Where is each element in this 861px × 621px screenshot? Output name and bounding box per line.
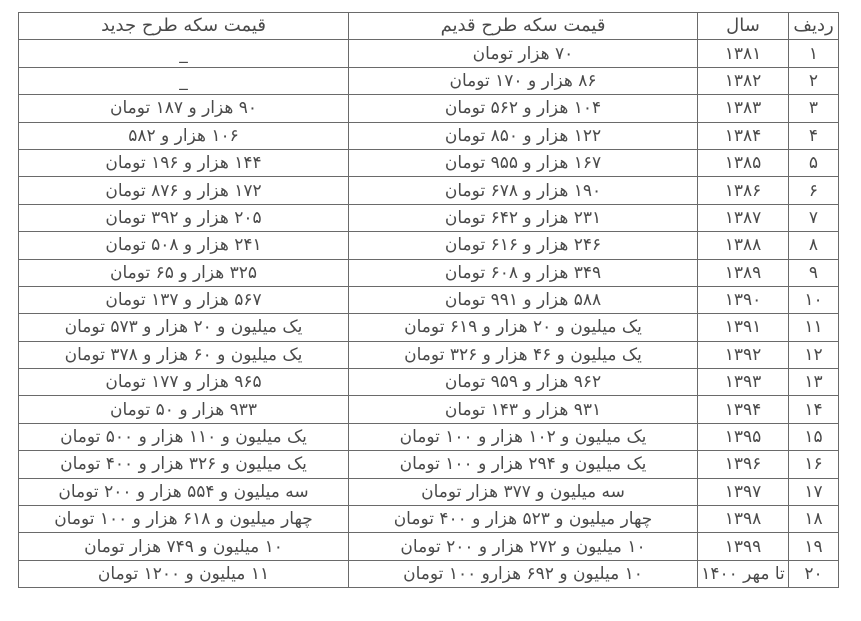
cell-year: ۱۳۸۵: [698, 149, 789, 176]
cell-new-price: ۱۰۶ هزار و ۵۸۲: [19, 122, 349, 149]
header-new-price: قیمت سکه طرح جدید: [19, 13, 349, 40]
cell-new-price: یک میلیون و ۳۲۶ هزار و ۴۰۰ تومان: [19, 451, 349, 478]
cell-year: ۱۳۹۰: [698, 286, 789, 313]
cell-new-price: ۹۳۳ هزار و ۵۰ تومان: [19, 396, 349, 423]
cell-new-price: یک میلیون و ۱۱۰ هزار و ۵۰۰ تومان: [19, 423, 349, 450]
cell-old-price: ۳۴۹ هزار و ۶۰۸ تومان: [349, 259, 698, 286]
cell-index: ۶: [789, 177, 839, 204]
cell-new-price: ۱۰ میلیون و ۷۴۹ هزار تومان: [19, 533, 349, 560]
cell-year: ۱۳۹۳: [698, 369, 789, 396]
cell-new-price: ۳۲۵ هزار و ۶۵ تومان: [19, 259, 349, 286]
table-row: ۱۰۱۳۹۰۵۸۸ هزار و ۹۹۱ تومان۵۶۷ هزار و ۱۳۷…: [19, 286, 839, 313]
cell-new-price: سه میلیون و ۵۵۴ هزار و ۲۰۰ تومان: [19, 478, 349, 505]
cell-index: ۱۵: [789, 423, 839, 450]
cell-old-price: ۹۶۲ هزار و ۹۵۹ تومان: [349, 369, 698, 396]
cell-index: ۱۷: [789, 478, 839, 505]
cell-old-price: یک میلیون و ۱۰۲ هزار و ۱۰۰ تومان: [349, 423, 698, 450]
table-row: ۱۶۱۳۹۶یک میلیون و ۲۹۴ هزار و ۱۰۰ تومانیک…: [19, 451, 839, 478]
coin-price-table-container: ردیف سال قیمت سکه طرح قدیم قیمت سکه طرح …: [18, 12, 839, 588]
cell-index: ۴: [789, 122, 839, 149]
cell-old-price: ۸۶ هزار و ۱۷۰ تومان: [349, 67, 698, 94]
cell-year: ۱۳۹۶: [698, 451, 789, 478]
cell-old-price: ۱۰ میلیون و ۶۹۲ هزارو ۱۰۰ تومان: [349, 560, 698, 587]
cell-old-price: ۵۸۸ هزار و ۹۹۱ تومان: [349, 286, 698, 313]
cell-index: ۱۴: [789, 396, 839, 423]
cell-year: ۱۳۸۸: [698, 232, 789, 259]
cell-old-price: ۷۰ هزار تومان: [349, 40, 698, 67]
table-row: ۲۱۳۸۲۸۶ هزار و ۱۷۰ تومان_: [19, 67, 839, 94]
cell-index: ۱۶: [789, 451, 839, 478]
table-row: ۳۱۳۸۳۱۰۴ هزار و ۵۶۲ تومان۹۰ هزار و ۱۸۷ ت…: [19, 95, 839, 122]
cell-new-price: _: [19, 40, 349, 67]
cell-index: ۹: [789, 259, 839, 286]
cell-new-price: یک میلیون و ۲۰ هزار و ۵۷۳ تومان: [19, 314, 349, 341]
table-row: ۷۱۳۸۷۲۳۱ هزار و ۶۴۲ تومان۲۰۵ هزار و ۳۹۲ …: [19, 204, 839, 231]
table-row: ۱۱۱۳۹۱یک میلیون و ۲۰ هزار و ۶۱۹ تومانیک …: [19, 314, 839, 341]
table-row: ۱۷۱۳۹۷سه میلیون و ۳۷۷ هزار تومانسه میلیو…: [19, 478, 839, 505]
cell-new-price: ۵۶۷ هزار و ۱۳۷ تومان: [19, 286, 349, 313]
table-row: ۵۱۳۸۵۱۶۷ هزار و ۹۵۵ تومان۱۴۴ هزار و ۱۹۶ …: [19, 149, 839, 176]
table-row: ۱۸۱۳۹۸چهار میلیون و ۵۲۳ هزار و ۴۰۰ تومان…: [19, 506, 839, 533]
cell-year: ۱۳۹۸: [698, 506, 789, 533]
table-row: ۱۵۱۳۹۵یک میلیون و ۱۰۲ هزار و ۱۰۰ تومانیک…: [19, 423, 839, 450]
table-row: ۱۲۱۳۹۲یک میلیون و ۴۶ هزار و ۳۲۶ تومانیک …: [19, 341, 839, 368]
cell-new-price: ۱۴۴ هزار و ۱۹۶ تومان: [19, 149, 349, 176]
header-year: سال: [698, 13, 789, 40]
table-row: ۱۴۱۳۹۴۹۳۱ هزار و ۱۴۳ تومان۹۳۳ هزار و ۵۰ …: [19, 396, 839, 423]
table-row: ۶۱۳۸۶۱۹۰ هزار و ۶۷۸ تومان۱۷۲ هزار و ۸۷۶ …: [19, 177, 839, 204]
cell-index: ۱۲: [789, 341, 839, 368]
table-row: ۸۱۳۸۸۲۴۶ هزار و ۶۱۶ تومان۲۴۱ هزار و ۵۰۸ …: [19, 232, 839, 259]
cell-new-price: ۱۱ میلیون و ۱۲۰۰ تومان: [19, 560, 349, 587]
coin-price-table: ردیف سال قیمت سکه طرح قدیم قیمت سکه طرح …: [18, 12, 839, 588]
cell-year: ۱۳۹۵: [698, 423, 789, 450]
cell-year: ۱۳۸۱: [698, 40, 789, 67]
cell-index: ۵: [789, 149, 839, 176]
cell-old-price: یک میلیون و ۲۰ هزار و ۶۱۹ تومان: [349, 314, 698, 341]
cell-year: ۱۳۹۹: [698, 533, 789, 560]
table-row: ۱۳۱۳۹۳۹۶۲ هزار و ۹۵۹ تومان۹۶۵ هزار و ۱۷۷…: [19, 369, 839, 396]
cell-old-price: ۱۹۰ هزار و ۶۷۸ تومان: [349, 177, 698, 204]
table-row: ۴۱۳۸۴۱۲۲ هزار و ۸۵۰ تومان۱۰۶ هزار و ۵۸۲: [19, 122, 839, 149]
header-index: ردیف: [789, 13, 839, 40]
cell-index: ۸: [789, 232, 839, 259]
table-row: ۲۰تا مهر ۱۴۰۰۱۰ میلیون و ۶۹۲ هزارو ۱۰۰ ت…: [19, 560, 839, 587]
cell-new-price: چهار میلیون و ۶۱۸ هزار و ۱۰۰ تومان: [19, 506, 349, 533]
cell-new-price: _: [19, 67, 349, 94]
cell-old-price: یک میلیون و ۲۹۴ هزار و ۱۰۰ تومان: [349, 451, 698, 478]
cell-year: ۱۳۹۱: [698, 314, 789, 341]
cell-old-price: یک میلیون و ۴۶ هزار و ۳۲۶ تومان: [349, 341, 698, 368]
table-header-row: ردیف سال قیمت سکه طرح قدیم قیمت سکه طرح …: [19, 13, 839, 40]
table-row: ۱۹۱۳۹۹۱۰ میلیون و ۲۷۲ هزار و ۲۰۰ تومان۱۰…: [19, 533, 839, 560]
cell-old-price: ۱۶۷ هزار و ۹۵۵ تومان: [349, 149, 698, 176]
cell-index: ۲: [789, 67, 839, 94]
cell-new-price: ۲۰۵ هزار و ۳۹۲ تومان: [19, 204, 349, 231]
cell-new-price: ۲۴۱ هزار و ۵۰۸ تومان: [19, 232, 349, 259]
cell-old-price: ۹۳۱ هزار و ۱۴۳ تومان: [349, 396, 698, 423]
cell-new-price: یک میلیون و ۶۰ هزار و ۳۷۸ تومان: [19, 341, 349, 368]
table-row: ۹۱۳۸۹۳۴۹ هزار و ۶۰۸ تومان۳۲۵ هزار و ۶۵ ت…: [19, 259, 839, 286]
cell-year: ۱۳۸۴: [698, 122, 789, 149]
cell-old-price: سه میلیون و ۳۷۷ هزار تومان: [349, 478, 698, 505]
cell-year: ۱۳۹۲: [698, 341, 789, 368]
table-row: ۱۱۳۸۱۷۰ هزار تومان_: [19, 40, 839, 67]
cell-index: ۱۹: [789, 533, 839, 560]
cell-year: ۱۳۸۳: [698, 95, 789, 122]
cell-index: ۱۳: [789, 369, 839, 396]
cell-index: ۲۰: [789, 560, 839, 587]
cell-year: ۱۳۸۶: [698, 177, 789, 204]
cell-old-price: ۲۳۱ هزار و ۶۴۲ تومان: [349, 204, 698, 231]
cell-new-price: ۱۷۲ هزار و ۸۷۶ تومان: [19, 177, 349, 204]
cell-old-price: ۲۴۶ هزار و ۶۱۶ تومان: [349, 232, 698, 259]
cell-year: ۱۳۹۷: [698, 478, 789, 505]
cell-year: ۱۳۸۹: [698, 259, 789, 286]
cell-old-price: ۱۲۲ هزار و ۸۵۰ تومان: [349, 122, 698, 149]
cell-year: ۱۳۸۷: [698, 204, 789, 231]
cell-year: تا مهر ۱۴۰۰: [698, 560, 789, 587]
cell-new-price: ۹۰ هزار و ۱۸۷ تومان: [19, 95, 349, 122]
cell-index: ۱۱: [789, 314, 839, 341]
table-body: ۱۱۳۸۱۷۰ هزار تومان_۲۱۳۸۲۸۶ هزار و ۱۷۰ تو…: [19, 40, 839, 588]
cell-index: ۱۰: [789, 286, 839, 313]
cell-index: ۱۸: [789, 506, 839, 533]
cell-old-price: ۱۰۴ هزار و ۵۶۲ تومان: [349, 95, 698, 122]
cell-old-price: ۱۰ میلیون و ۲۷۲ هزار و ۲۰۰ تومان: [349, 533, 698, 560]
cell-old-price: چهار میلیون و ۵۲۳ هزار و ۴۰۰ تومان: [349, 506, 698, 533]
cell-year: ۱۳۹۴: [698, 396, 789, 423]
cell-index: ۱: [789, 40, 839, 67]
header-old-price: قیمت سکه طرح قدیم: [349, 13, 698, 40]
cell-year: ۱۳۸۲: [698, 67, 789, 94]
cell-index: ۷: [789, 204, 839, 231]
cell-new-price: ۹۶۵ هزار و ۱۷۷ تومان: [19, 369, 349, 396]
cell-index: ۳: [789, 95, 839, 122]
